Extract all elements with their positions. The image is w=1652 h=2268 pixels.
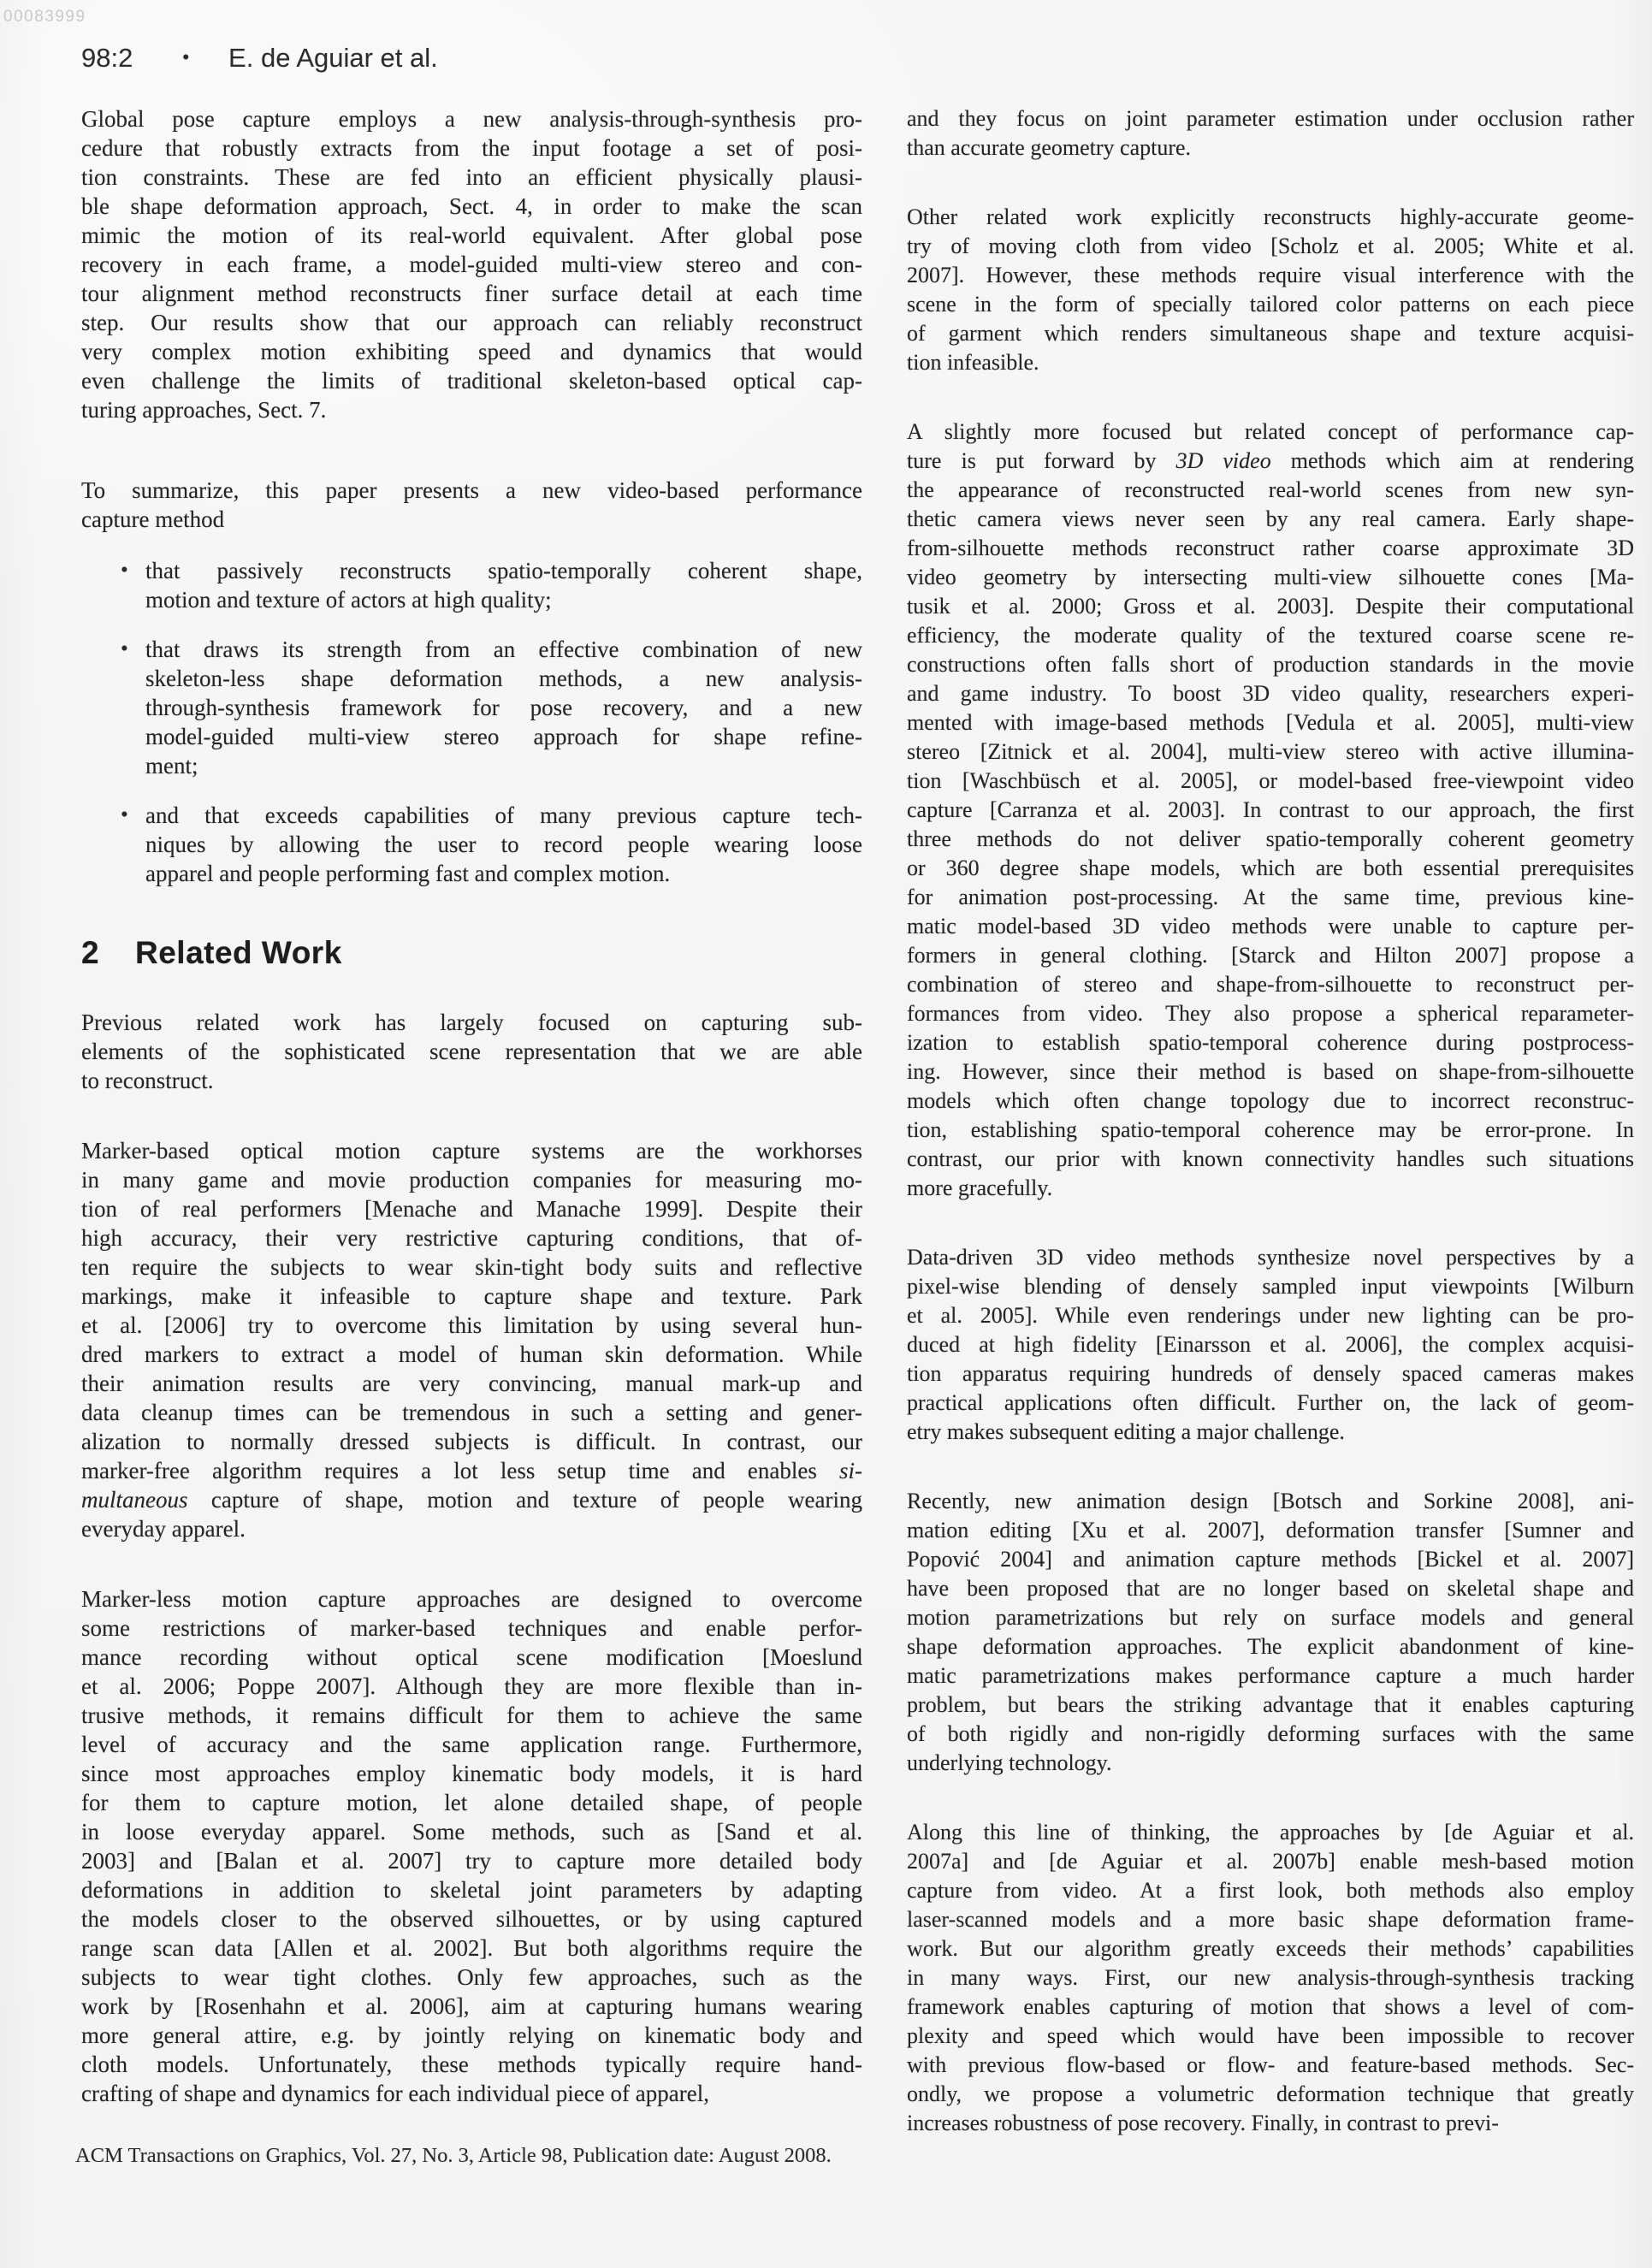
section-heading-related-work: 2 Related Work: [81, 936, 862, 970]
text-line: increases robustness of pose recovery. F…: [907, 2109, 1634, 2138]
text-line: ten require the subjects to wear skin-ti…: [81, 1252, 862, 1282]
text-line: try of moving cloth from video [Scholz e…: [907, 232, 1634, 261]
paragraph-summary: To summarize, this paper presents a new …: [81, 476, 862, 534]
text-line: et al. [2006] try to overcome this limit…: [81, 1311, 862, 1340]
page-footer: ACM Transactions on Graphics, Vol. 27, N…: [75, 2144, 832, 2168]
paragraph-3d-video: A slightly more focused but related conc…: [907, 417, 1634, 1203]
text-line: even challenge the limits of traditional…: [81, 366, 862, 395]
text-line: through-synthesis framework for pose rec…: [145, 693, 862, 722]
text-line: ondly, we propose a volumetric deformati…: [907, 2080, 1634, 2109]
bullet-item: • and that exceeds capabilities of many …: [81, 801, 862, 888]
paragraph-cloth-reconstruction: Other related work explicitly reconstruc…: [907, 203, 1634, 377]
text-line: more gracefully.: [907, 1174, 1634, 1203]
contribution-bullet-list: • that passively reconstructs spatio-tem…: [81, 556, 862, 888]
text-line: Marker-based optical motion capture syst…: [81, 1136, 862, 1165]
text-line: for them to capture motion, let alone de…: [81, 1788, 862, 1817]
text-line: crafting of shape and dynamics for each …: [81, 2079, 862, 2108]
text-line: practical applications often difficult. …: [907, 1389, 1634, 1418]
text-line: ment;: [145, 751, 862, 780]
text-line: turing approaches, Sect. 7.: [81, 395, 862, 424]
text-line: framework enables capturing of motion th…: [907, 1993, 1634, 2022]
paragraph-previous-work: Previous related work has largely focuse…: [81, 1008, 862, 1095]
text-line: tion infeasible.: [907, 348, 1634, 377]
text-line: thetic camera views never seen by any re…: [907, 505, 1634, 534]
text-line: Recently, new animation design [Botsch a…: [907, 1487, 1634, 1516]
text-line: recovery in each frame, a model-guided m…: [81, 250, 862, 279]
text-line: et al. 2006; Poppe 2007]. Although they …: [81, 1672, 862, 1701]
paragraph-data-driven: Data-driven 3D video methods synthesize …: [907, 1243, 1634, 1447]
paragraph-occlusion: and they focus on joint parameter estima…: [907, 104, 1634, 163]
text-line: their animation results are very convinc…: [81, 1369, 862, 1398]
text-line: everyday apparel.: [81, 1514, 862, 1543]
text-line: deformations in addition to skeletal joi…: [81, 1875, 862, 1904]
text-line: very complex motion exhibiting speed and…: [81, 337, 862, 366]
text-line: data cleanup times can be tremendous in …: [81, 1398, 862, 1427]
text-line: cedure that robustly extracts from the i…: [81, 133, 862, 163]
paragraph-global-pose: Global pose capture employs a new analys…: [81, 104, 862, 424]
text-line: the appearance of reconstructed real-wor…: [907, 476, 1634, 505]
text-line: alization to normally dressed subjects i…: [81, 1427, 862, 1456]
section-number: 2: [81, 936, 135, 970]
paragraph-marker-based: Marker-based optical motion capture syst…: [81, 1136, 862, 1543]
text-line: constructions often falls short of produ…: [907, 650, 1634, 679]
text-line: level of accuracy and the same applicati…: [81, 1730, 862, 1759]
authors-label: E. de Aguiar et al.: [228, 43, 438, 74]
text-line: video geometry by intersecting multi-vie…: [907, 563, 1634, 592]
text-line: ble shape deformation approach, Sect. 4,…: [81, 192, 862, 221]
text-line: mented with image-based methods [Vedula …: [907, 708, 1634, 737]
text-line: in many ways. First, our new analysis-th…: [907, 1963, 1634, 1993]
bullet-text: and that exceeds capabilities of many pr…: [145, 801, 862, 888]
text-line: laser-scanned models and a more basic sh…: [907, 1905, 1634, 1934]
text-line: Data-driven 3D video methods synthesize …: [907, 1243, 1634, 1272]
text-line: and game industry. To boost 3D video qua…: [907, 679, 1634, 708]
text-line: Popović 2004] and animation capture meth…: [907, 1545, 1634, 1574]
text-line: matic parametrizations makes performance…: [907, 1661, 1634, 1691]
text-line: and they focus on joint parameter estima…: [907, 104, 1634, 133]
text-line: marker-free algorithm requires a lot les…: [81, 1456, 862, 1485]
text-line: tour alignment method reconstructs finer…: [81, 279, 862, 308]
text-line: markings, make it infeasible to capture …: [81, 1282, 862, 1311]
bullet-item: • that passively reconstructs spatio-tem…: [81, 556, 862, 614]
page-header: 98:2 • E. de Aguiar et al.: [81, 43, 438, 74]
text-line: step. Our results show that our approach…: [81, 308, 862, 337]
text-line: Other related work explicitly reconstruc…: [907, 203, 1634, 232]
text-line: shape deformation approaches. The explic…: [907, 1632, 1634, 1661]
bullet-item: • that draws its strength from an effect…: [81, 635, 862, 780]
text-line: mimic the motion of its real-world equiv…: [81, 221, 862, 250]
text-line: dred markers to extract a model of human…: [81, 1340, 862, 1369]
text-line: plexity and speed which would have been …: [907, 2022, 1634, 2051]
text-line: ization to establish spatio-temporal coh…: [907, 1028, 1634, 1057]
text-line: motion and texture of actors at high qua…: [145, 585, 862, 614]
page-number-label: 98:2: [81, 43, 133, 74]
bullet-text: that draws its strength from an effectiv…: [145, 635, 862, 780]
text-line: in many game and movie production compan…: [81, 1165, 862, 1194]
text-line: motion parametrizations but rely on surf…: [907, 1603, 1634, 1632]
text-line: cloth models. Unfortunately, these metho…: [81, 2050, 862, 2079]
text-line: A slightly more focused but related conc…: [907, 417, 1634, 447]
text-line: of garment which renders simultaneous sh…: [907, 319, 1634, 348]
scan-watermark: 00083999: [3, 8, 86, 27]
paragraph-marker-less: Marker-less motion capture approaches ar…: [81, 1584, 862, 2108]
text-line: more general attire, e.g. by jointly rel…: [81, 2021, 862, 2050]
text-line: elements of the sophisticated scene repr…: [81, 1037, 862, 1066]
text-line: range scan data [Allen et al. 2002]. But…: [81, 1933, 862, 1963]
text-line: ture is put forward by 3D video methods …: [907, 447, 1634, 476]
text-line: capture [Carranza et al. 2003]. In contr…: [907, 796, 1634, 825]
left-column: Global pose capture employs a new analys…: [81, 104, 862, 2149]
text-line: model-guided multi-view stereo approach …: [145, 722, 862, 751]
right-column: and they focus on joint parameter estima…: [907, 104, 1634, 2178]
text-line: multaneous capture of shape, motion and …: [81, 1485, 862, 1514]
text-line: etry makes subsequent editing a major ch…: [907, 1418, 1634, 1447]
bullet-icon: •: [81, 801, 145, 888]
text-line: pixel-wise blending of densely sampled i…: [907, 1272, 1634, 1301]
text-line: models which often change topology due t…: [907, 1087, 1634, 1116]
text-line: contrast, our prior with known connectiv…: [907, 1145, 1634, 1174]
bullet-icon: •: [81, 556, 145, 614]
text-line: Along this line of thinking, the approac…: [907, 1818, 1634, 1847]
text-line: or 360 degree shape models, which are bo…: [907, 854, 1634, 883]
text-line: since most approaches employ kinematic b…: [81, 1759, 862, 1788]
text-line: Global pose capture employs a new analys…: [81, 104, 862, 133]
text-line: tion [Waschbüsch et al. 2005], or model-…: [907, 767, 1634, 796]
text-line: that passively reconstructs spatio-tempo…: [145, 556, 862, 585]
text-line: stereo [Zitnick et al. 2004], multi-view…: [907, 737, 1634, 767]
text-line: in loose everyday apparel. Some methods,…: [81, 1817, 862, 1846]
text-line: of both rigidly and non-rigidly deformin…: [907, 1720, 1634, 1749]
text-line: capture method: [81, 505, 862, 534]
paragraph-along-this-line: Along this line of thinking, the approac…: [907, 1818, 1634, 2138]
text-line: 2007a] and [de Aguiar et al. 2007b] enab…: [907, 1847, 1634, 1876]
text-line: subjects to wear tight clothes. Only few…: [81, 1963, 862, 1992]
text-line: efficiency, the moderate quality of the …: [907, 621, 1634, 650]
text-line: To summarize, this paper presents a new …: [81, 476, 862, 505]
text-line: apparel and people performing fast and c…: [145, 859, 862, 888]
text-line: mation editing [Xu et al. 2007], deforma…: [907, 1516, 1634, 1545]
scanned-paper-page: 00083999 98:2 • E. de Aguiar et al. Glob…: [0, 0, 1652, 2268]
text-line: duced at high fidelity [Einarsson et al.…: [907, 1330, 1634, 1359]
text-line: Previous related work has largely focuse…: [81, 1008, 862, 1037]
text-line: have been proposed that are no longer ba…: [907, 1574, 1634, 1603]
text-line: to reconstruct.: [81, 1066, 862, 1095]
text-line: than accurate geometry capture.: [907, 133, 1634, 163]
text-line: trusive methods, it remains difficult fo…: [81, 1701, 862, 1730]
text-line: problem, but bears the striking advantag…: [907, 1691, 1634, 1720]
paragraph-animation-methods: Recently, new animation design [Botsch a…: [907, 1487, 1634, 1778]
text-line: work by [Rosenhahn et al. 2006], aim at …: [81, 1992, 862, 2021]
header-separator-dot: •: [182, 46, 189, 68]
section-title: Related Work: [135, 936, 342, 970]
text-line: tion, establishing spatio-temporal coher…: [907, 1116, 1634, 1145]
text-line: ing. However, since their method is base…: [907, 1057, 1634, 1087]
text-line: and that exceeds capabilities of many pr…: [145, 801, 862, 830]
text-line: combination of stereo and shape-from-sil…: [907, 970, 1634, 999]
text-line: formers in general clothing. [Starck and…: [907, 941, 1634, 970]
text-line: formances from video. They also propose …: [907, 999, 1634, 1028]
text-line: skeleton-less shape deformation methods,…: [145, 664, 862, 693]
text-line: from-silhouette methods reconstruct rath…: [907, 534, 1634, 563]
text-line: 2003] and [Balan et al. 2007] try to cap…: [81, 1846, 862, 1875]
text-line: mance recording without optical scene mo…: [81, 1643, 862, 1672]
text-line: capture from video. At a first look, bot…: [907, 1876, 1634, 1905]
text-line: matic model-based 3D video methods were …: [907, 912, 1634, 941]
text-line: tion apparatus requiring hundreds of den…: [907, 1359, 1634, 1389]
text-line: that draws its strength from an effectiv…: [145, 635, 862, 664]
text-line: the models closer to the observed silhou…: [81, 1904, 862, 1933]
text-line: underlying technology.: [907, 1749, 1634, 1778]
text-line: niques by allowing the user to record pe…: [145, 830, 862, 859]
bullet-icon: •: [81, 635, 145, 780]
text-line: with previous flow-based or flow- and fe…: [907, 2051, 1634, 2080]
text-line: tusik et al. 2000; Gross et al. 2003]. D…: [907, 592, 1634, 621]
text-line: tion of real performers [Menache and Man…: [81, 1194, 862, 1223]
text-line: Marker-less motion capture approaches ar…: [81, 1584, 862, 1614]
text-line: some restrictions of marker-based techni…: [81, 1614, 862, 1643]
text-line: et al. 2005]. While even renderings unde…: [907, 1301, 1634, 1330]
text-line: 2007]. However, these methods require vi…: [907, 261, 1634, 290]
text-line: scene in the form of specially tailored …: [907, 290, 1634, 319]
bullet-text: that passively reconstructs spatio-tempo…: [145, 556, 862, 614]
text-line: for animation post-processing. At the sa…: [907, 883, 1634, 912]
text-line: tion constraints. These are fed into an …: [81, 163, 862, 192]
text-line: three methods do not deliver spatio-temp…: [907, 825, 1634, 854]
text-line: high accuracy, their very restrictive ca…: [81, 1223, 862, 1252]
text-line: work. But our algorithm greatly exceeds …: [907, 1934, 1634, 1963]
